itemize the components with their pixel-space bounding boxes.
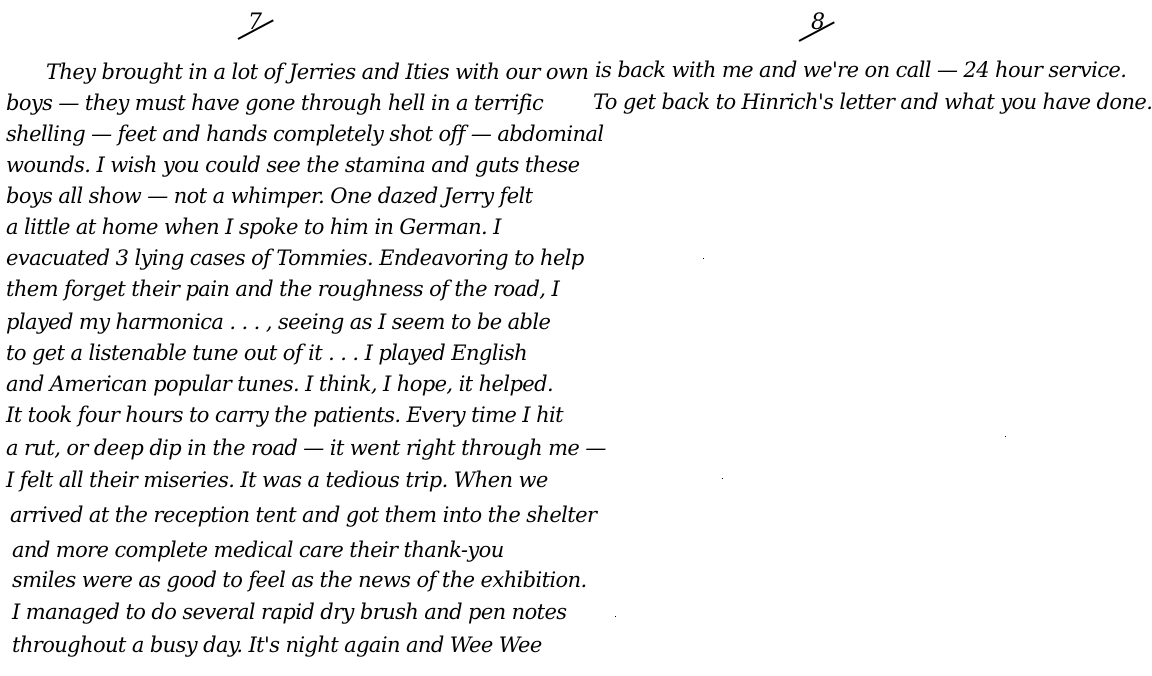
page-number: 8 bbox=[811, 12, 825, 34]
letter-page-8: 8 is back with me and we're on call — 24… bbox=[585, 0, 1152, 676]
handwritten-line: boys all show — not a whimper. One dazed… bbox=[6, 184, 533, 208]
handwritten-line: to get a listenable tune out of it . . .… bbox=[6, 341, 527, 365]
handwritten-line: I managed to do several rapid dry brush … bbox=[12, 600, 567, 624]
handwritten-line: a little at home when I spoke to him in … bbox=[6, 215, 501, 239]
handwritten-line: them forget their pain and the roughness… bbox=[6, 277, 559, 301]
handwritten-line: evacuated 3 lying cases of Tommies. Ende… bbox=[6, 246, 584, 270]
handwritten-line: arrived at the reception tent and got th… bbox=[10, 503, 596, 527]
handwritten-line: wounds. I wish you could see the stamina… bbox=[6, 153, 579, 177]
handwritten-line: boys — they must have gone through hell … bbox=[6, 91, 543, 115]
letter-page-7: 7 They brought in a lot of Jerries and I… bbox=[0, 0, 585, 676]
scan-speck bbox=[615, 616, 616, 617]
handwritten-line: throughout a busy day. It's night again … bbox=[12, 633, 542, 657]
scan-speck bbox=[1005, 436, 1006, 437]
handwritten-line: is back with me and we're on call — 24 h… bbox=[595, 58, 1126, 82]
handwritten-line: They brought in a lot of Jerries and Iti… bbox=[46, 60, 588, 84]
handwritten-line: played my harmonica . . . , seeing as I … bbox=[6, 310, 550, 334]
handwritten-line: a rut, or deep dip in the road — it went… bbox=[6, 436, 606, 460]
scan-speck bbox=[722, 478, 723, 479]
handwritten-line: To get back to Hinrich's letter and what… bbox=[593, 90, 1152, 114]
handwritten-line: smiles were as good to feel as the news … bbox=[12, 568, 587, 592]
handwritten-line: and American popular tunes. I think, I h… bbox=[6, 372, 553, 396]
handwritten-line: shelling — feet and hands completely sho… bbox=[6, 122, 603, 146]
handwritten-line: It took four hours to carry the patients… bbox=[6, 403, 563, 427]
handwritten-line: and more complete medical care their tha… bbox=[12, 538, 504, 562]
page-number: 7 bbox=[248, 12, 262, 34]
handwritten-line: I felt all their miseries. It was a tedi… bbox=[6, 468, 548, 492]
scan-speck bbox=[703, 258, 704, 259]
